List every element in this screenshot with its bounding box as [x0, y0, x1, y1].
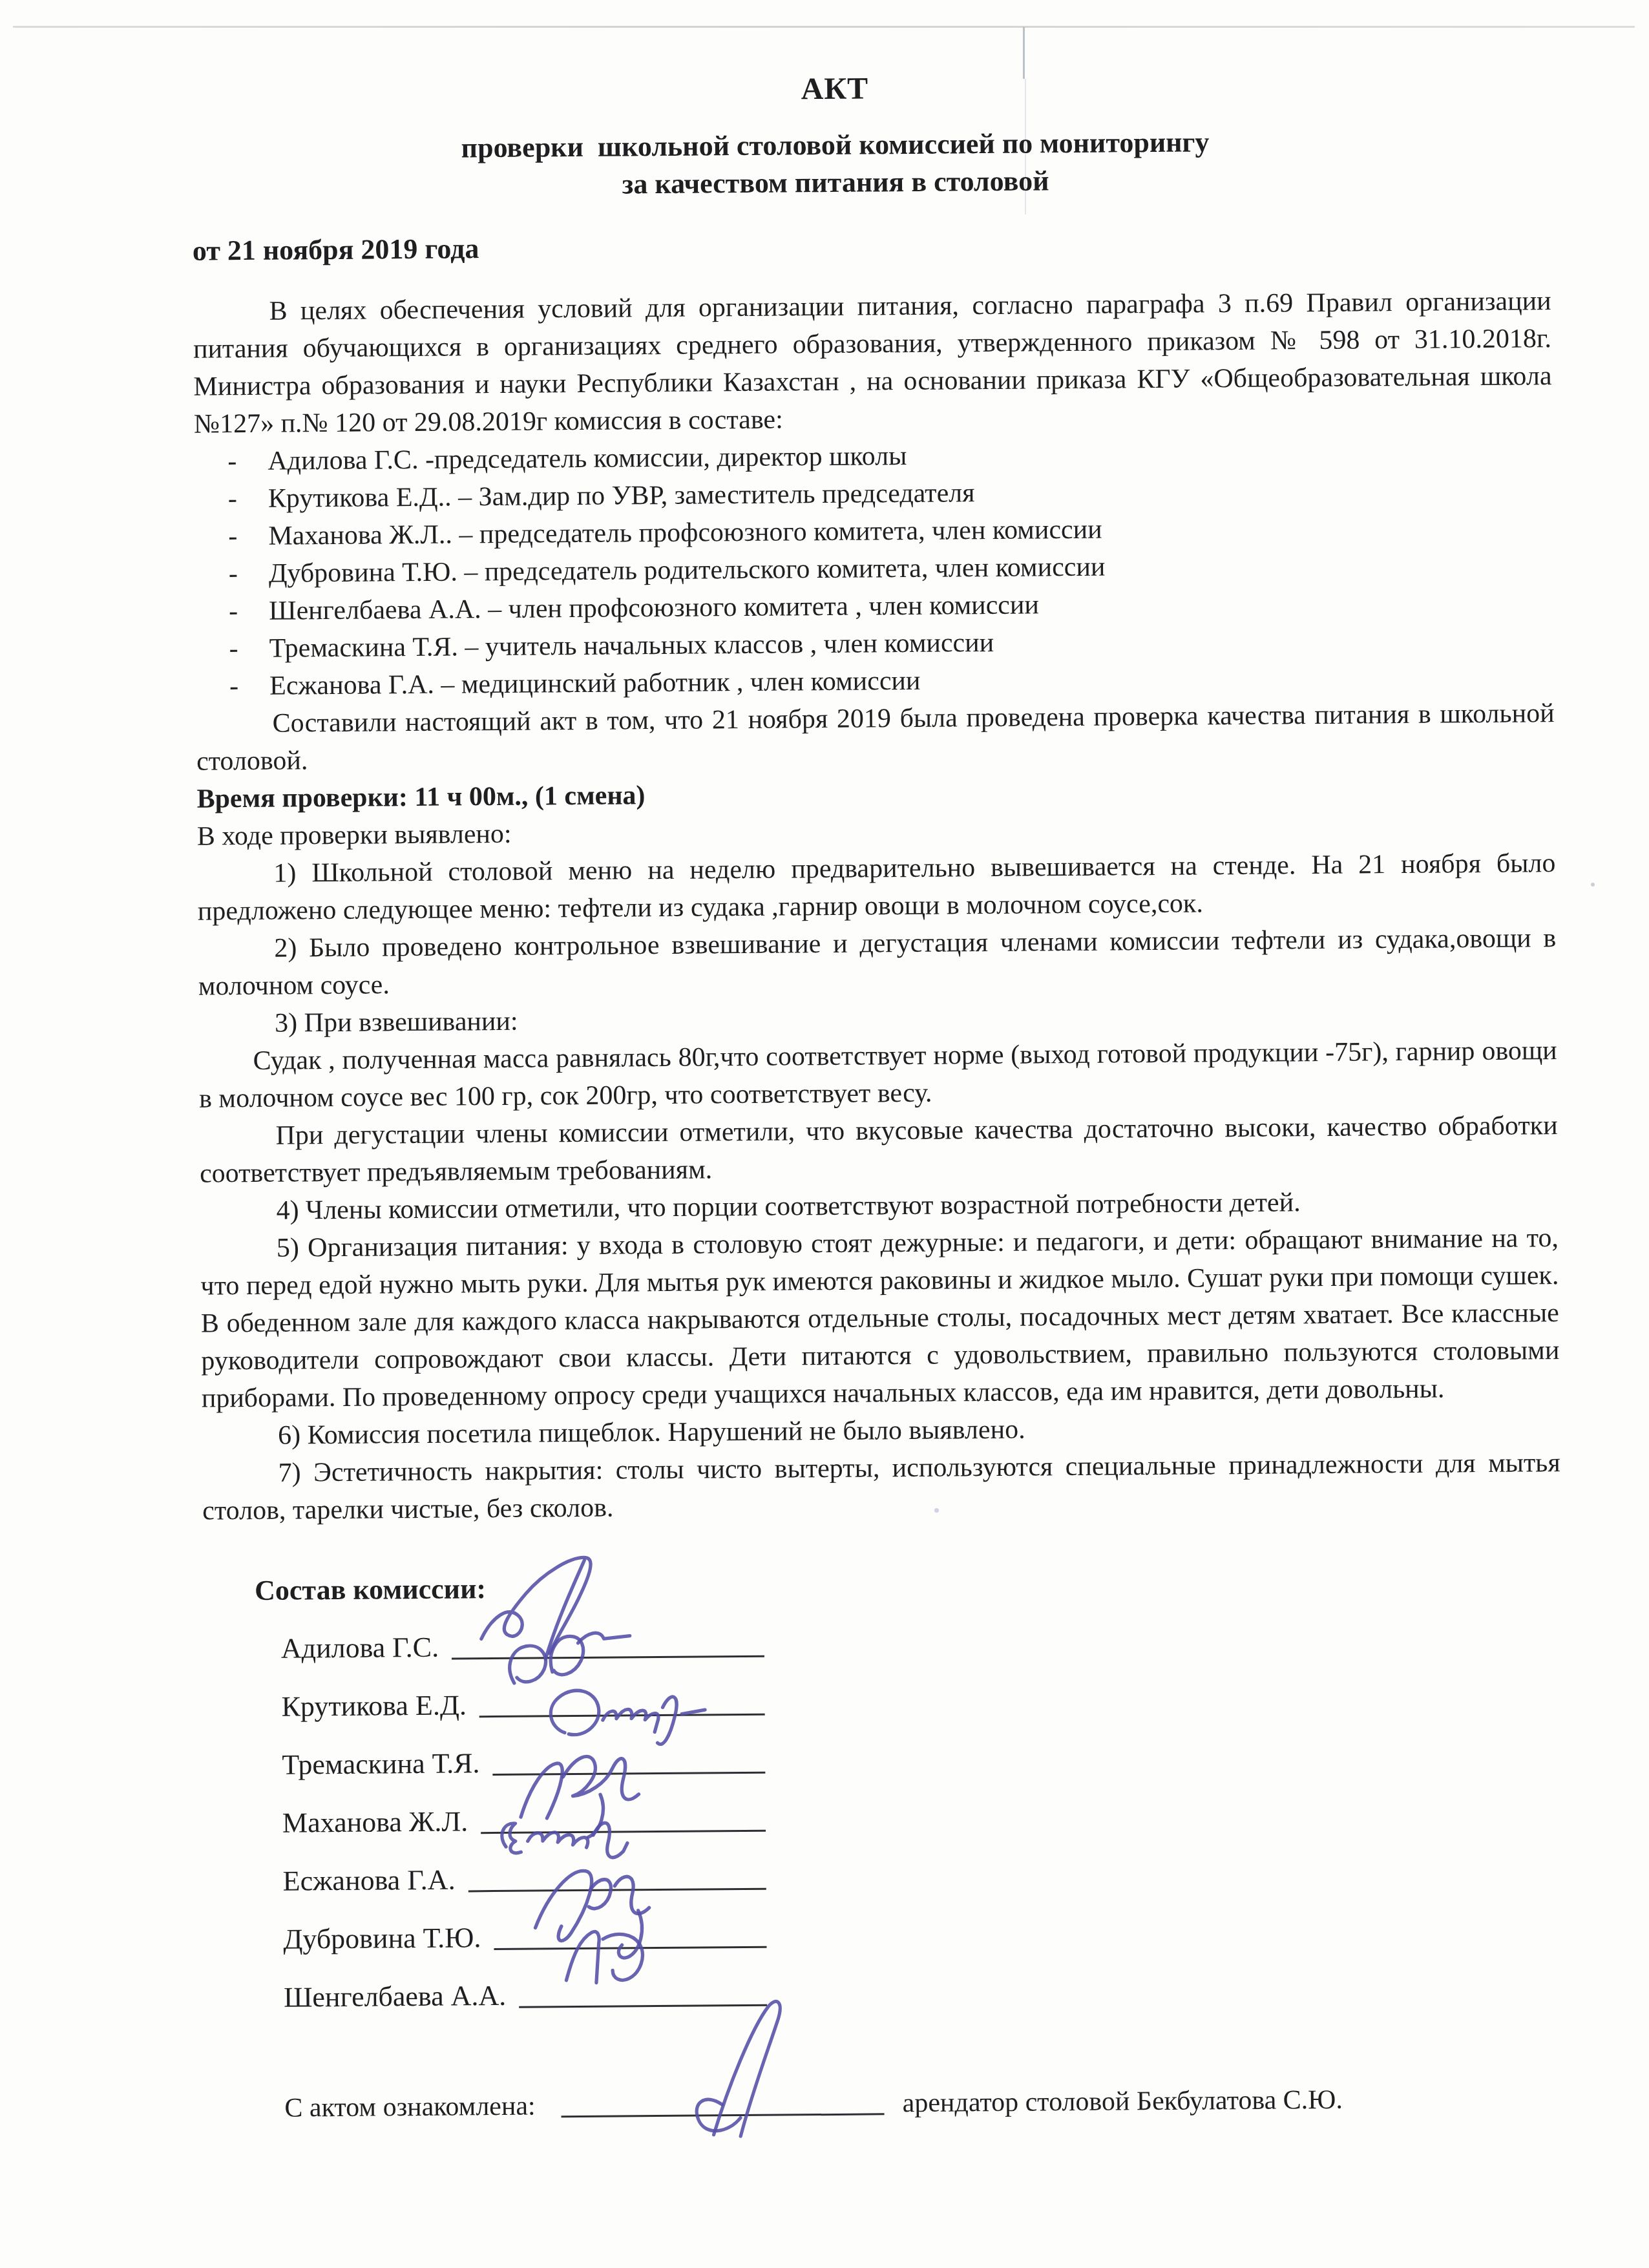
finding-paragraph-1: 1) Школьной столовой меню на неделю пред… [197, 845, 1556, 930]
dash-bullet: - [229, 593, 269, 630]
acknowledgement-label: С актом ознакомлена: [284, 2090, 536, 2125]
signatory-name: Адилова Г.С. [281, 1632, 439, 1665]
acknowledgement-row: С актом ознакомлена: арендатор столовой … [284, 2081, 1565, 2125]
finding-paragraph-2: 2) Было проведено контрольное взвешивани… [198, 919, 1557, 1005]
acknowledgement-right-text: арендатор столовой Бекбулатова С.Ю. [902, 2083, 1343, 2120]
dash-bullet: - [229, 667, 269, 705]
member-text: Шенгелбаева А.А. – член профсоюзного ком… [269, 586, 1039, 629]
finding-paragraph-3b: При дегустации члены комиссии отметили, … [199, 1107, 1558, 1193]
acknowledgement-signature-line [562, 2112, 885, 2117]
member-text: Маханова Ж.Л.. – председатель профсоюзно… [268, 511, 1102, 555]
signature-section-title: Состав комиссии: [255, 1564, 1561, 1607]
member-text: Адилова Г.С. -председатель комиссии, дир… [268, 437, 907, 480]
finding-paragraph-3a: Судак , полученная масса равнялась 80г,ч… [198, 1032, 1557, 1118]
dash-bullet: - [228, 518, 268, 555]
finding-paragraph-5: 5) Организация питания: у входа в столов… [200, 1219, 1560, 1417]
commission-list: -Адилова Г.С. -председатель комиссии, ди… [194, 432, 1554, 705]
signatory-name: Маханова Ж.Л. [282, 1805, 468, 1839]
page-title: АКТ [191, 66, 1478, 112]
dash-bullet: - [229, 630, 269, 667]
signatory-name: Есжанова Г.А. [282, 1864, 455, 1898]
dash-bullet: - [228, 480, 268, 518]
member-text: Тремаскина Т.Я. – учитель начальных клас… [269, 624, 994, 667]
signature-block: Адилова Г.С. Крутикова Е.Д. [281, 1629, 768, 2014]
dash-bullet: - [227, 443, 268, 480]
member-text: Есжанова Г.А. – медицинский работник , ч… [269, 662, 921, 705]
composed-paragraph: Составили настоящий акт в том, что 21 но… [196, 695, 1555, 781]
signature-scribble-bekbulatova [657, 1984, 826, 2154]
signatory-name: Тремаскина Т.Я. [282, 1747, 480, 1781]
intro-paragraph: В целях обеспечения условий для организа… [193, 282, 1552, 443]
member-text: Дубровина Т.Ю. – председатель родительск… [269, 549, 1106, 593]
document-content: АКТ проверки школьной столовой комиссией… [0, 0, 1649, 2127]
finding-paragraph-7: 7) Эстетичность накрытия: столы чисто вы… [202, 1444, 1560, 1530]
dash-bullet: - [229, 555, 269, 593]
signatory-name: Крутикова Е.Д. [281, 1689, 467, 1723]
document-page: АКТ проверки школьной столовой комиссией… [0, 0, 1649, 2268]
signatory-name: Шенгелбаева А.А. [284, 1980, 507, 2014]
signatory-name: Дубровина Т.Ю. [283, 1922, 481, 1955]
member-text: Крутикова Е.Д.. – Зам.дир по УВР, замест… [268, 474, 975, 518]
date-line: от 21 ноября 2019 года [193, 222, 1551, 270]
